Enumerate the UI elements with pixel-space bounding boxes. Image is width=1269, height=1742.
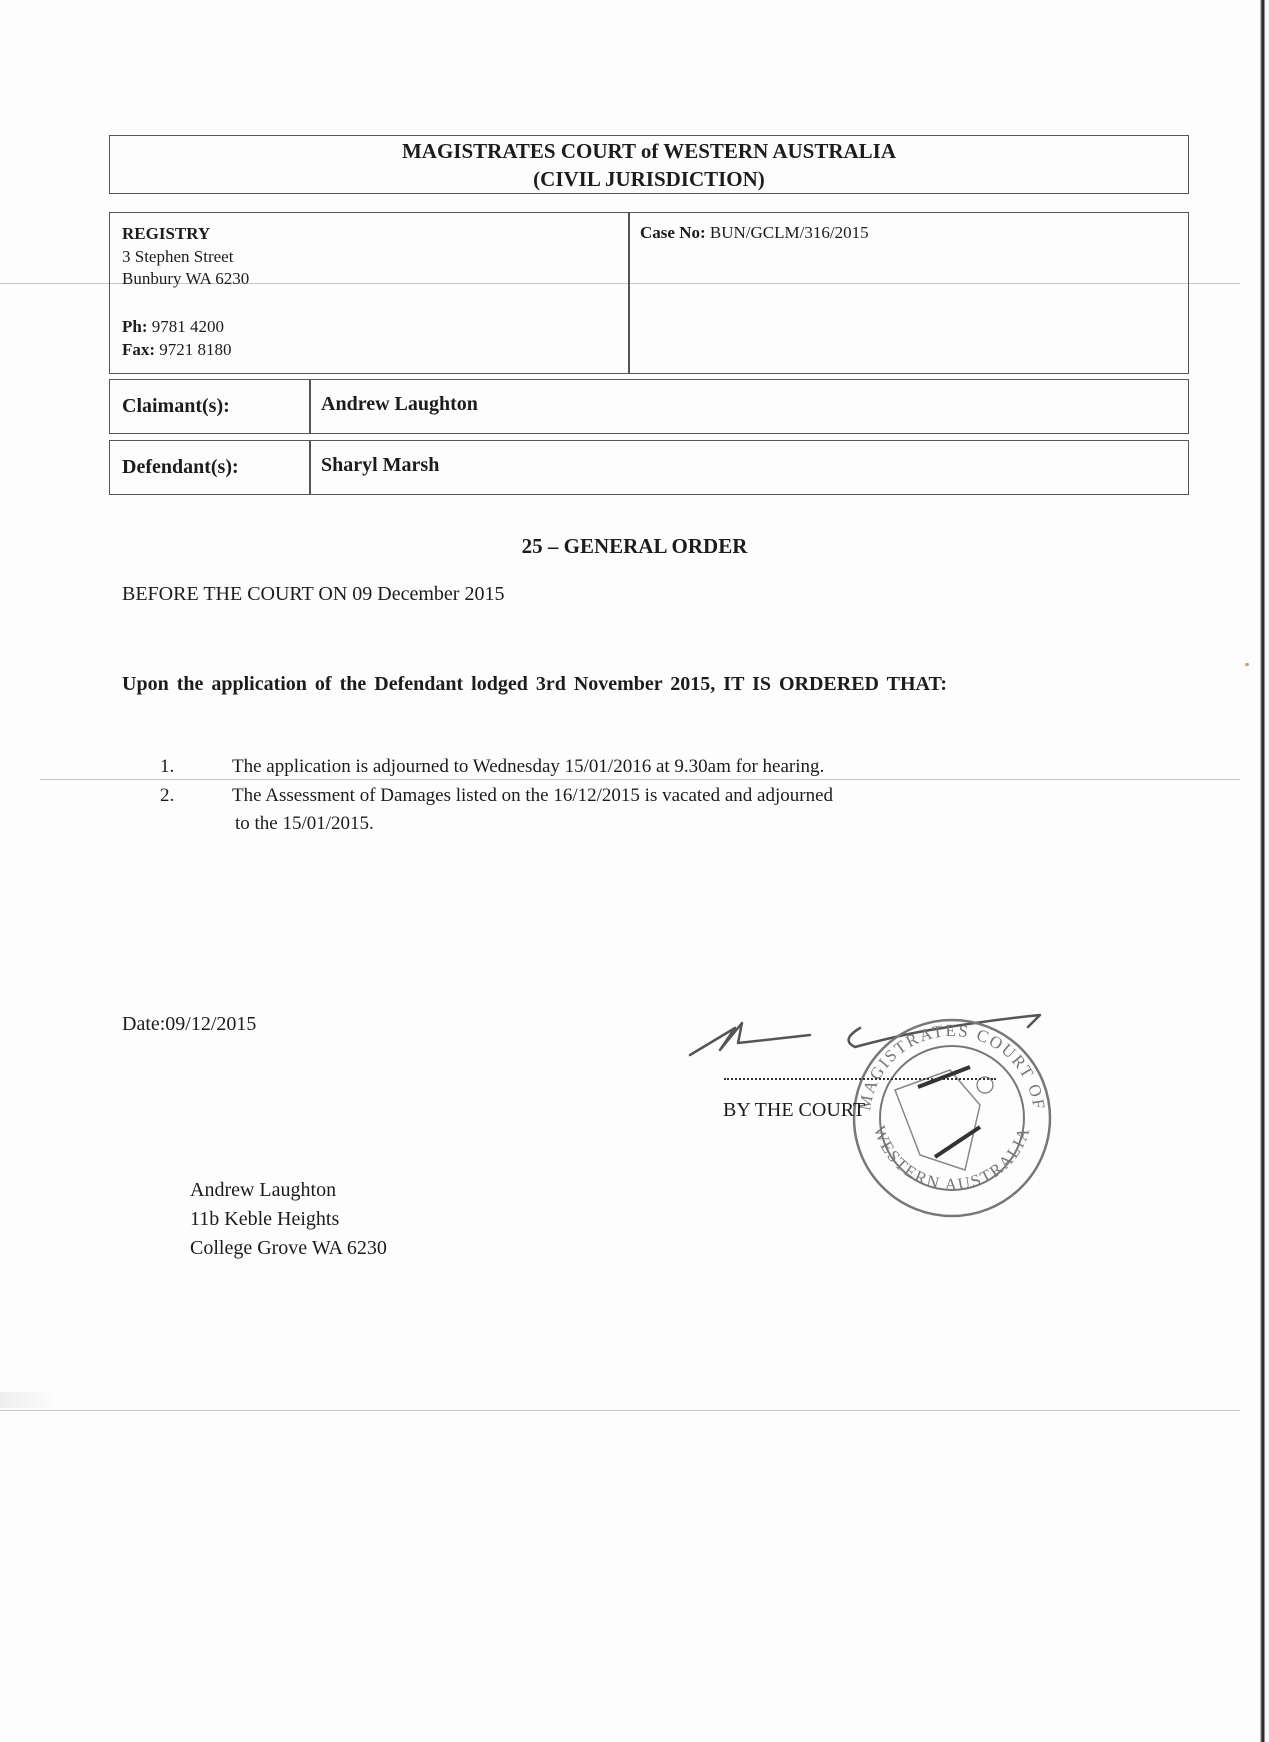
phone-number: 9781 4200: [152, 317, 224, 336]
speck: [1245, 663, 1249, 666]
case-value: BUN/GCLM/316/2015: [710, 223, 869, 242]
court-header-box: MAGISTRATES COURT of WESTERN AUSTRALIA (…: [109, 135, 1189, 194]
defendant-row: Defendant(s): Sharyl Marsh: [109, 440, 1189, 495]
fold-shadow: [0, 1392, 60, 1408]
registry-street: 3 Stephen Street: [122, 247, 233, 267]
fold-line-bottom: [0, 1410, 1240, 1411]
order-item-number: 1.: [160, 756, 174, 778]
order-item-text: The application is adjourned to Wednesda…: [232, 756, 824, 778]
recipient-name: Andrew Laughton: [190, 1176, 387, 1205]
phone-label: Ph:: [122, 317, 148, 336]
by-the-court: BY THE COURT: [723, 1099, 865, 1122]
fold-line-middle: [40, 779, 1240, 780]
defendant-divider: [309, 441, 311, 494]
defendant-label: Defendant(s):: [122, 456, 239, 479]
fax-label: Fax:: [122, 340, 155, 359]
order-title: 25 – GENERAL ORDER: [0, 534, 1269, 559]
fax-number: 9721 8180: [159, 340, 231, 359]
claimant-label: Claimant(s):: [122, 395, 230, 418]
case-label: Case No:: [640, 223, 706, 242]
defendant-name: Sharyl Marsh: [321, 454, 439, 477]
seal-text-bottom: WESTERN AUSTRALIA: [870, 1123, 1034, 1194]
order-date: Date:09/12/2015: [122, 1013, 256, 1036]
order-item-text: The Assessment of Damages listed on the …: [232, 785, 833, 807]
registry-phone: Ph: 9781 4200: [122, 317, 224, 337]
before-court-line: BEFORE THE COURT ON 09 December 2015: [122, 583, 504, 606]
registry-city: Bunbury WA 6230: [122, 269, 249, 289]
order-item-number: 2.: [160, 785, 174, 807]
recipient-city: College Grove WA 6230: [190, 1234, 387, 1263]
registry-heading: REGISTRY: [122, 224, 210, 244]
claimant-divider: [309, 380, 311, 433]
registry-fax: Fax: 9721 8180: [122, 340, 232, 360]
seal-text-top: MAGISTRATES COURT OF: [855, 1021, 1049, 1112]
svg-text:WESTERN AUSTRALIA: WESTERN AUSTRALIA: [870, 1123, 1034, 1194]
registry-divider: [628, 213, 630, 373]
order-item-text-continued: to the 15/01/2015.: [235, 813, 374, 835]
court-name: MAGISTRATES COURT of WESTERN AUSTRALIA: [110, 139, 1188, 163]
signature-line: [724, 1078, 996, 1080]
case-number: Case No: BUN/GCLM/316/2015: [640, 223, 869, 243]
recipient-address: Andrew Laughton 11b Keble Heights Colleg…: [190, 1176, 387, 1263]
claimant-name: Andrew Laughton: [321, 393, 478, 416]
svg-text:MAGISTRATES COURT OF: MAGISTRATES COURT OF: [855, 1021, 1049, 1112]
scanner-edge: [1260, 0, 1269, 1742]
order-intro: Upon the application of the Defendant lo…: [122, 670, 1102, 699]
recipient-street: 11b Keble Heights: [190, 1205, 387, 1234]
jurisdiction: (CIVIL JURISDICTION): [110, 167, 1188, 191]
claimant-row: Claimant(s): Andrew Laughton: [109, 379, 1189, 434]
registry-box: REGISTRY 3 Stephen Street Bunbury WA 623…: [109, 212, 1189, 374]
